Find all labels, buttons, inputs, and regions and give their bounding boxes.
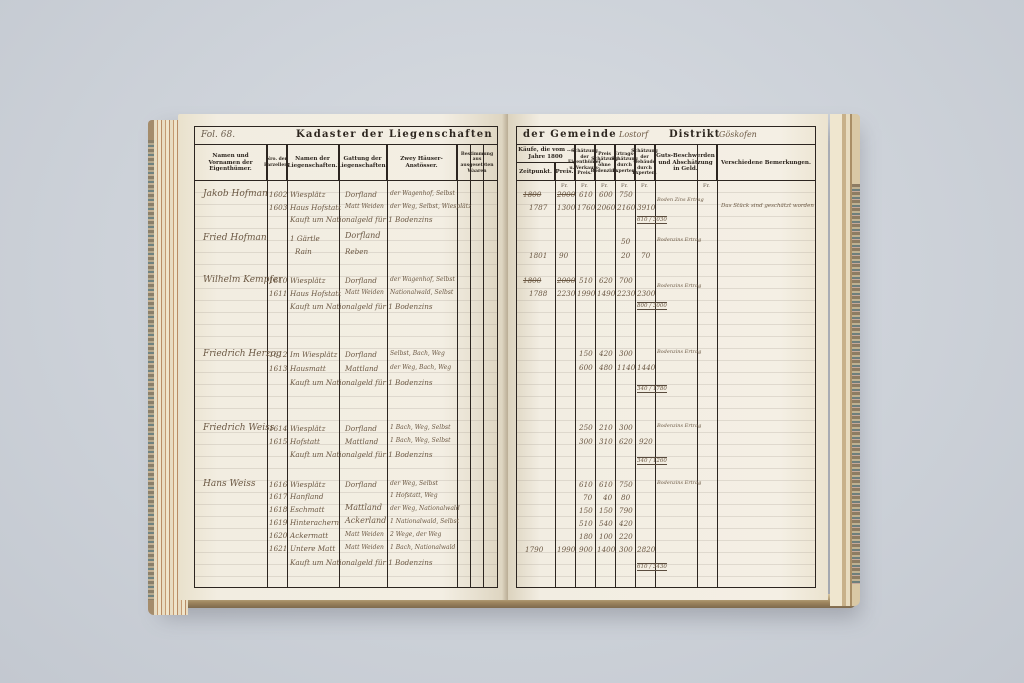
purchase-price: 90 xyxy=(559,251,568,260)
property-type: Mattland xyxy=(345,364,378,373)
header-date: Zeitpunkt. xyxy=(517,163,555,181)
value-cell: 750 xyxy=(619,190,633,199)
open-ledger-book: Fol. 68. Kadaster der Liegenschaften Nam… xyxy=(148,110,860,610)
purchase-price: 1300 xyxy=(557,203,575,212)
property-type: Reben xyxy=(345,247,368,256)
value-cell: 2230 xyxy=(617,289,635,298)
purchase-note: Kauft um Nationalgeld für 1 Bodenzins xyxy=(290,558,433,567)
boundaries: 1 Bach, Weg, Selbst xyxy=(390,424,451,431)
value-cell: 420 xyxy=(599,349,613,358)
property-type: Matt Weiden xyxy=(345,531,384,538)
subtotal: 610 / 3430 xyxy=(637,563,667,571)
value-cell: 300 xyxy=(619,545,633,554)
value-cell: 420 xyxy=(619,519,633,528)
municipality-label: der Gemeinde xyxy=(523,129,617,140)
value-cell: 610 xyxy=(599,480,613,489)
municipality-value: Lostorf xyxy=(619,130,648,139)
value-cell: 700 xyxy=(619,276,633,285)
boundaries: der Weg, Selbst, Wiesplätz xyxy=(390,203,471,210)
property-type: Matt Weiden xyxy=(345,289,384,296)
right-page-table: der Gemeinde Lostorf Distrikt Göskofen K… xyxy=(516,126,816,588)
property-name: Wiesplätz xyxy=(290,480,325,489)
column-divider xyxy=(717,145,718,587)
value-cell: 80 xyxy=(621,493,630,502)
owner-name: Hans Weiss xyxy=(203,479,255,489)
parcel-nr: 1621 xyxy=(269,544,287,553)
property-name: Untere Matt xyxy=(290,544,335,553)
header-property-type: Gattung der Liegenschaften. xyxy=(339,145,387,181)
right-page: der Gemeinde Lostorf Distrikt Göskofen K… xyxy=(508,114,828,600)
value-cell: 150 xyxy=(599,506,613,515)
value-cell: 3910 xyxy=(637,203,655,212)
property-type: Matt Weiden xyxy=(345,203,384,210)
property-name: Wiesplätz xyxy=(290,424,325,433)
unit-label: Fr. xyxy=(621,183,628,189)
value-cell: 480 xyxy=(599,363,613,372)
column-divider xyxy=(555,163,556,587)
property-name: Hinterachern xyxy=(290,518,339,527)
owner-name: Friedrich Weiss xyxy=(203,423,274,433)
header-property-names: Namen der Liegenschaften. xyxy=(287,145,339,181)
value-cell: 620 xyxy=(599,276,613,285)
encumbrance-note: Bodenzins Ertrag xyxy=(657,349,701,355)
value-cell: 920 xyxy=(639,437,653,446)
value-cell: 300 xyxy=(579,437,593,446)
property-name: Im Wiesplätz xyxy=(290,350,337,359)
boundaries: der Wagenhof, Selbst xyxy=(390,276,455,283)
value-cell: 70 xyxy=(583,493,592,502)
header-owner-names: Namen und Vornamen der Eigenthümer. xyxy=(195,145,267,181)
left-header-row: Namen und Vornamen der Eigenthümer. Nro.… xyxy=(195,145,497,181)
encumbrance-note: Bodenzins Ertrag xyxy=(657,480,701,486)
property-name: Rain xyxy=(295,247,312,256)
parcel-nr: 1620 xyxy=(269,531,287,540)
boundaries: 2 Wege, der Weg xyxy=(390,531,441,538)
property-name: Haus Hofstatt xyxy=(290,203,341,212)
value-cell: 790 xyxy=(619,506,633,515)
value-cell: 70 xyxy=(641,251,650,260)
property-type: Dorfland xyxy=(345,480,377,489)
parcel-nr: 1612 xyxy=(269,350,287,359)
page-stack-right xyxy=(830,114,860,606)
property-type: Dorfland xyxy=(345,424,377,433)
district-value: Göskofen xyxy=(719,130,757,139)
encumbrance-note: Bodenzins Ertrag xyxy=(657,283,701,289)
column-divider xyxy=(470,145,471,587)
value-cell: 310 xyxy=(599,437,613,446)
boundaries: 1 Bach, Weg, Selbst xyxy=(390,437,451,444)
purchase-price: 1990 xyxy=(557,545,575,554)
parcel-nr: 1615 xyxy=(269,437,287,446)
value-cell: 2820 xyxy=(637,545,655,554)
parcel-nr: 1617 xyxy=(269,492,287,501)
value-cell: 1490 xyxy=(597,289,615,298)
purchase-date: 1790 xyxy=(525,545,543,554)
value-cell: 1440 xyxy=(637,363,655,372)
value-cell: 610 xyxy=(579,190,593,199)
value-cell: 620 xyxy=(619,437,633,446)
subtotal: 340 / 1260 xyxy=(637,457,667,465)
encumbrance-note: Bodenzins Ertrag xyxy=(657,423,701,429)
purchase-date: 1800 xyxy=(523,190,541,199)
remark-text: Das Stück sind geschätzt worden xyxy=(721,203,814,209)
boundaries: der Weg, Bach, Weg xyxy=(390,364,451,371)
left-title-row: Fol. 68. Kadaster der Liegenschaften xyxy=(195,127,497,145)
header-parcel-nr: Nro. der Parzellen. xyxy=(267,145,287,181)
property-type: Dorfland xyxy=(345,190,377,199)
owner-name: Fried Hofman xyxy=(203,233,267,243)
value-cell: 220 xyxy=(619,532,633,541)
boundaries: Nationalwald, Selbst xyxy=(390,289,453,296)
value-cell: 1400 xyxy=(597,545,615,554)
property-name: Hanfland xyxy=(290,492,324,501)
parcel-nr: 1616 xyxy=(269,480,287,489)
left-page-table: Fol. 68. Kadaster der Liegenschaften Nam… xyxy=(194,126,498,588)
value-cell: 300 xyxy=(619,423,633,432)
value-cell: 750 xyxy=(619,480,633,489)
unit-label: Fr. xyxy=(641,183,648,189)
value-cell: 50 xyxy=(621,237,630,246)
right-header-row: Käufe, die vom ... Jahre 1800 Zeitpunkt.… xyxy=(517,145,815,181)
purchase-date: 1788 xyxy=(529,289,547,298)
purchase-date: 1787 xyxy=(529,203,547,212)
encumbrance-note: Bodenzins Ertrag xyxy=(657,237,701,243)
property-name: Wiesplätz xyxy=(290,276,325,285)
unit-label: Fr. xyxy=(561,183,568,189)
property-type: Mattland xyxy=(345,437,378,446)
property-type: Ackerland xyxy=(345,516,386,525)
header-encumbrances: Guts-Beschwerden und Abschätzung in Geld… xyxy=(655,145,717,181)
left-page: Fol. 68. Kadaster der Liegenschaften Nam… xyxy=(178,114,508,600)
parcel-nr: 1619 xyxy=(269,518,287,527)
purchase-price: 2230 xyxy=(557,289,575,298)
header-boundaries: Zwey Häuser-Anstösser. xyxy=(387,145,457,181)
value-cell: 20 xyxy=(621,251,630,260)
subtotal: 340 / 1780 xyxy=(637,385,667,393)
district-label: Distrikt xyxy=(669,129,720,140)
value-cell: 600 xyxy=(579,363,593,372)
purchase-price: 2000 xyxy=(557,190,575,199)
value-cell: 610 xyxy=(579,480,593,489)
column-divider xyxy=(483,145,484,587)
boundaries: 1 Hofstatt, Weg xyxy=(390,492,438,499)
parcel-nr: 1610 xyxy=(269,276,287,285)
value-cell: 1990 xyxy=(577,289,595,298)
column-divider xyxy=(387,145,388,587)
value-cell: 900 xyxy=(579,545,593,554)
property-name: Eschmatt xyxy=(290,505,324,514)
header-remarks: Verschiedene Bemerkungen. xyxy=(717,145,815,181)
parcel-nr: 1618 xyxy=(269,505,287,514)
boundaries: Selbst, Bach, Weg xyxy=(390,350,445,357)
value-cell: 150 xyxy=(579,349,593,358)
value-cell: 250 xyxy=(579,423,593,432)
header-building-estimate: Schätzung der Gebäude durch Experten. xyxy=(635,145,655,181)
value-cell: 150 xyxy=(579,506,593,515)
value-cell: 600 xyxy=(599,190,613,199)
property-type: Dorfland xyxy=(345,276,377,285)
property-name: Hausmatt xyxy=(290,364,326,373)
unit-label: Fr. xyxy=(703,183,710,189)
purchase-date: 1800 xyxy=(523,276,541,285)
property-type: Matt Weiden xyxy=(345,544,384,551)
property-name: Hofstatt xyxy=(290,437,320,446)
property-name: Wiesplätz xyxy=(290,190,325,199)
parcel-nr: 1614 xyxy=(269,424,287,433)
column-divider xyxy=(267,145,268,587)
folio-number: Fol. 68. xyxy=(201,130,235,140)
unit-label: Fr. xyxy=(601,183,608,189)
property-type: Dorfland xyxy=(345,231,380,240)
purchase-note: Kauft um Nationalgeld für 1 Bodenzins xyxy=(290,450,433,459)
value-cell: 2060 xyxy=(597,203,615,212)
value-cell: 510 xyxy=(579,519,593,528)
value-cell: 210 xyxy=(599,423,613,432)
header-purchases: Käufe, die vom ... Jahre 1800 xyxy=(517,145,575,163)
header-determination: Bestimmung aus ausgesetzten Waaren xyxy=(457,145,497,181)
boundaries: der Weg, Selbst xyxy=(390,480,438,487)
purchase-price: 2000 xyxy=(557,276,575,285)
value-cell: 1140 xyxy=(617,363,635,372)
owner-name: Jakob Hofman xyxy=(203,189,268,199)
parcel-nr: 1611 xyxy=(269,289,287,298)
value-cell: 180 xyxy=(579,532,593,541)
purchase-note: Kauft um Nationalgeld für 1 Bodenzins xyxy=(290,378,433,387)
right-title-row: der Gemeinde Lostorf Distrikt Göskofen xyxy=(517,127,815,145)
property-name: 1 Gärtle xyxy=(290,234,320,243)
boundaries: 1 Bach, Nationalwald xyxy=(390,544,455,551)
boundaries: 1 Nationalwald, Selbst xyxy=(390,518,459,525)
parcel-nr: 1613 xyxy=(269,364,287,373)
property-name: Ackermatt xyxy=(290,531,328,540)
value-cell: 540 xyxy=(599,519,613,528)
purchase-note: Kauft um Nationalgeld für 1 Bodenzins xyxy=(290,215,433,224)
value-cell: 1760 xyxy=(577,203,595,212)
property-type: Mattland xyxy=(345,503,382,512)
column-divider xyxy=(697,145,698,587)
property-type: Dorfland xyxy=(345,350,377,359)
value-cell: 40 xyxy=(603,493,612,502)
subtotal: 610 / 3030 xyxy=(637,216,667,224)
parcel-nr: 1603 xyxy=(269,203,287,212)
boundaries: der Weg, Nationalwald xyxy=(390,505,460,512)
property-name: Haus Hofstatt xyxy=(290,289,341,298)
subtotal: 800 / 3000 xyxy=(637,302,667,310)
value-cell: 100 xyxy=(599,532,613,541)
encumbrance-note: Boden Zins Ertrag xyxy=(657,197,704,203)
value-cell: 2300 xyxy=(637,289,655,298)
value-cell: 510 xyxy=(579,276,593,285)
purchase-note: Kauft um Nationalgeld für 1 Bodenzins xyxy=(290,302,433,311)
unit-label: Fr. xyxy=(581,183,588,189)
value-cell: 300 xyxy=(619,349,633,358)
boundaries: der Wagenhof, Selbst xyxy=(390,190,455,197)
parcel-nr: 1602 xyxy=(269,190,287,199)
register-title: Kadaster der Liegenschaften xyxy=(296,129,493,140)
purchase-date: 1801 xyxy=(529,251,547,260)
value-cell: 2160 xyxy=(617,203,635,212)
